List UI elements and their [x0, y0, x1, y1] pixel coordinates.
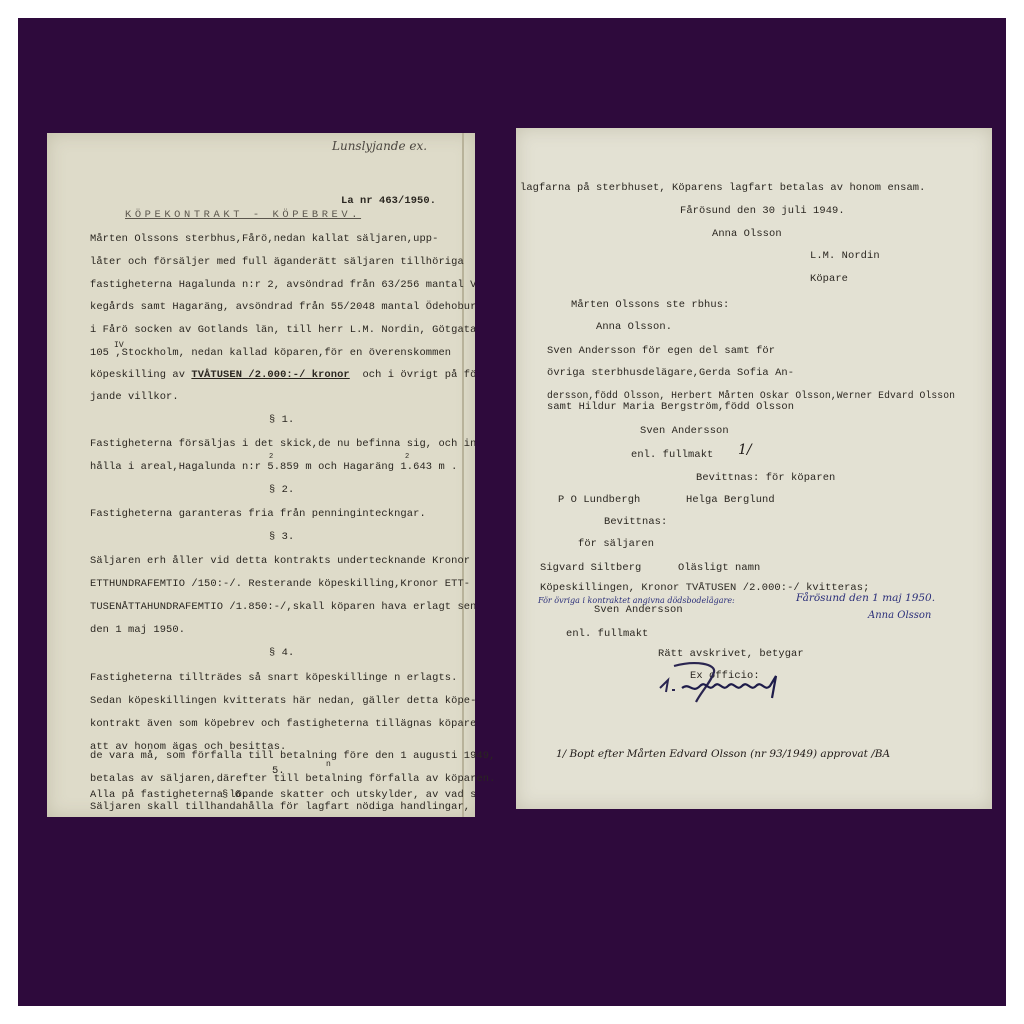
- buyer-role: Köpare: [810, 273, 848, 285]
- official-signature-scrawl: [656, 658, 806, 708]
- place-date: Fårösund den 30 juli 1949.: [680, 205, 845, 217]
- section-5-line-2: de vara må, som förfalla till betalning …: [90, 750, 495, 762]
- right-line-1: lagfarna på sterbhuset, Köparens lagfart…: [520, 182, 925, 194]
- signature-anna-olsson-1: Anna Olsson: [712, 228, 782, 240]
- sven-andersson-signature: Sven Andersson: [640, 425, 729, 437]
- witness-seller-label: Bevittnas:: [604, 516, 667, 528]
- witness-seller-2: Oläsligt namn: [678, 562, 760, 574]
- section-6-heading: § 6.: [222, 789, 247, 801]
- handwritten-footnote: 1/ Bopt efter Mårten Edvard Olsson (nr 9…: [556, 748, 890, 760]
- sven-block-line-1: Sven Andersson för egen del samt för: [547, 345, 775, 357]
- sven-block-line-3: dersson,född Olsson, Herbert Mårten Oska…: [547, 390, 955, 401]
- buyer-name: L.M. Nordin: [810, 250, 880, 262]
- witness-seller-1: Sigvard Siltberg: [540, 562, 641, 574]
- handwritten-place-date: Fårösund den 1 maj 1950.: [796, 592, 935, 604]
- signature-anna-olsson-2: Anna Olsson.: [596, 321, 672, 333]
- right-page-document: lagfarna på sterbhuset, Köparens lagfart…: [516, 128, 992, 809]
- insert-mark: n: [326, 760, 331, 769]
- proxy-footnote-mark: 1/: [738, 442, 752, 458]
- witness-seller-sub: för säljaren: [578, 538, 654, 550]
- sven-block-line-2: övriga sterbhusdelägare,Gerda Sofia An-: [547, 367, 794, 379]
- section-5-line-3: betalas av säljaren,därefter till betaln…: [90, 773, 495, 785]
- left-page-lower: [47, 133, 475, 817]
- witness-buyer-label: Bevittnas: för köparen: [696, 472, 835, 484]
- handwritten-anna-olsson: Anna Olsson: [868, 610, 931, 621]
- witness-buyer-2: Helga Berglund: [686, 494, 775, 506]
- sven-andersson-2: Sven Andersson: [594, 604, 683, 616]
- section-6-line-1: Säljaren skall tillhandahålla för lagfar…: [90, 801, 470, 813]
- estate-label: Mårten Olssons ste rbhus:: [571, 299, 729, 311]
- witness-buyer-1: P O Lundbergh: [558, 494, 640, 506]
- sven-block-line-4: samt Hildur Maria Bergström,född Olsson: [547, 401, 794, 413]
- proxy-1: enl. fullmakt: [631, 449, 713, 461]
- proxy-2: enl. fullmakt: [566, 628, 648, 640]
